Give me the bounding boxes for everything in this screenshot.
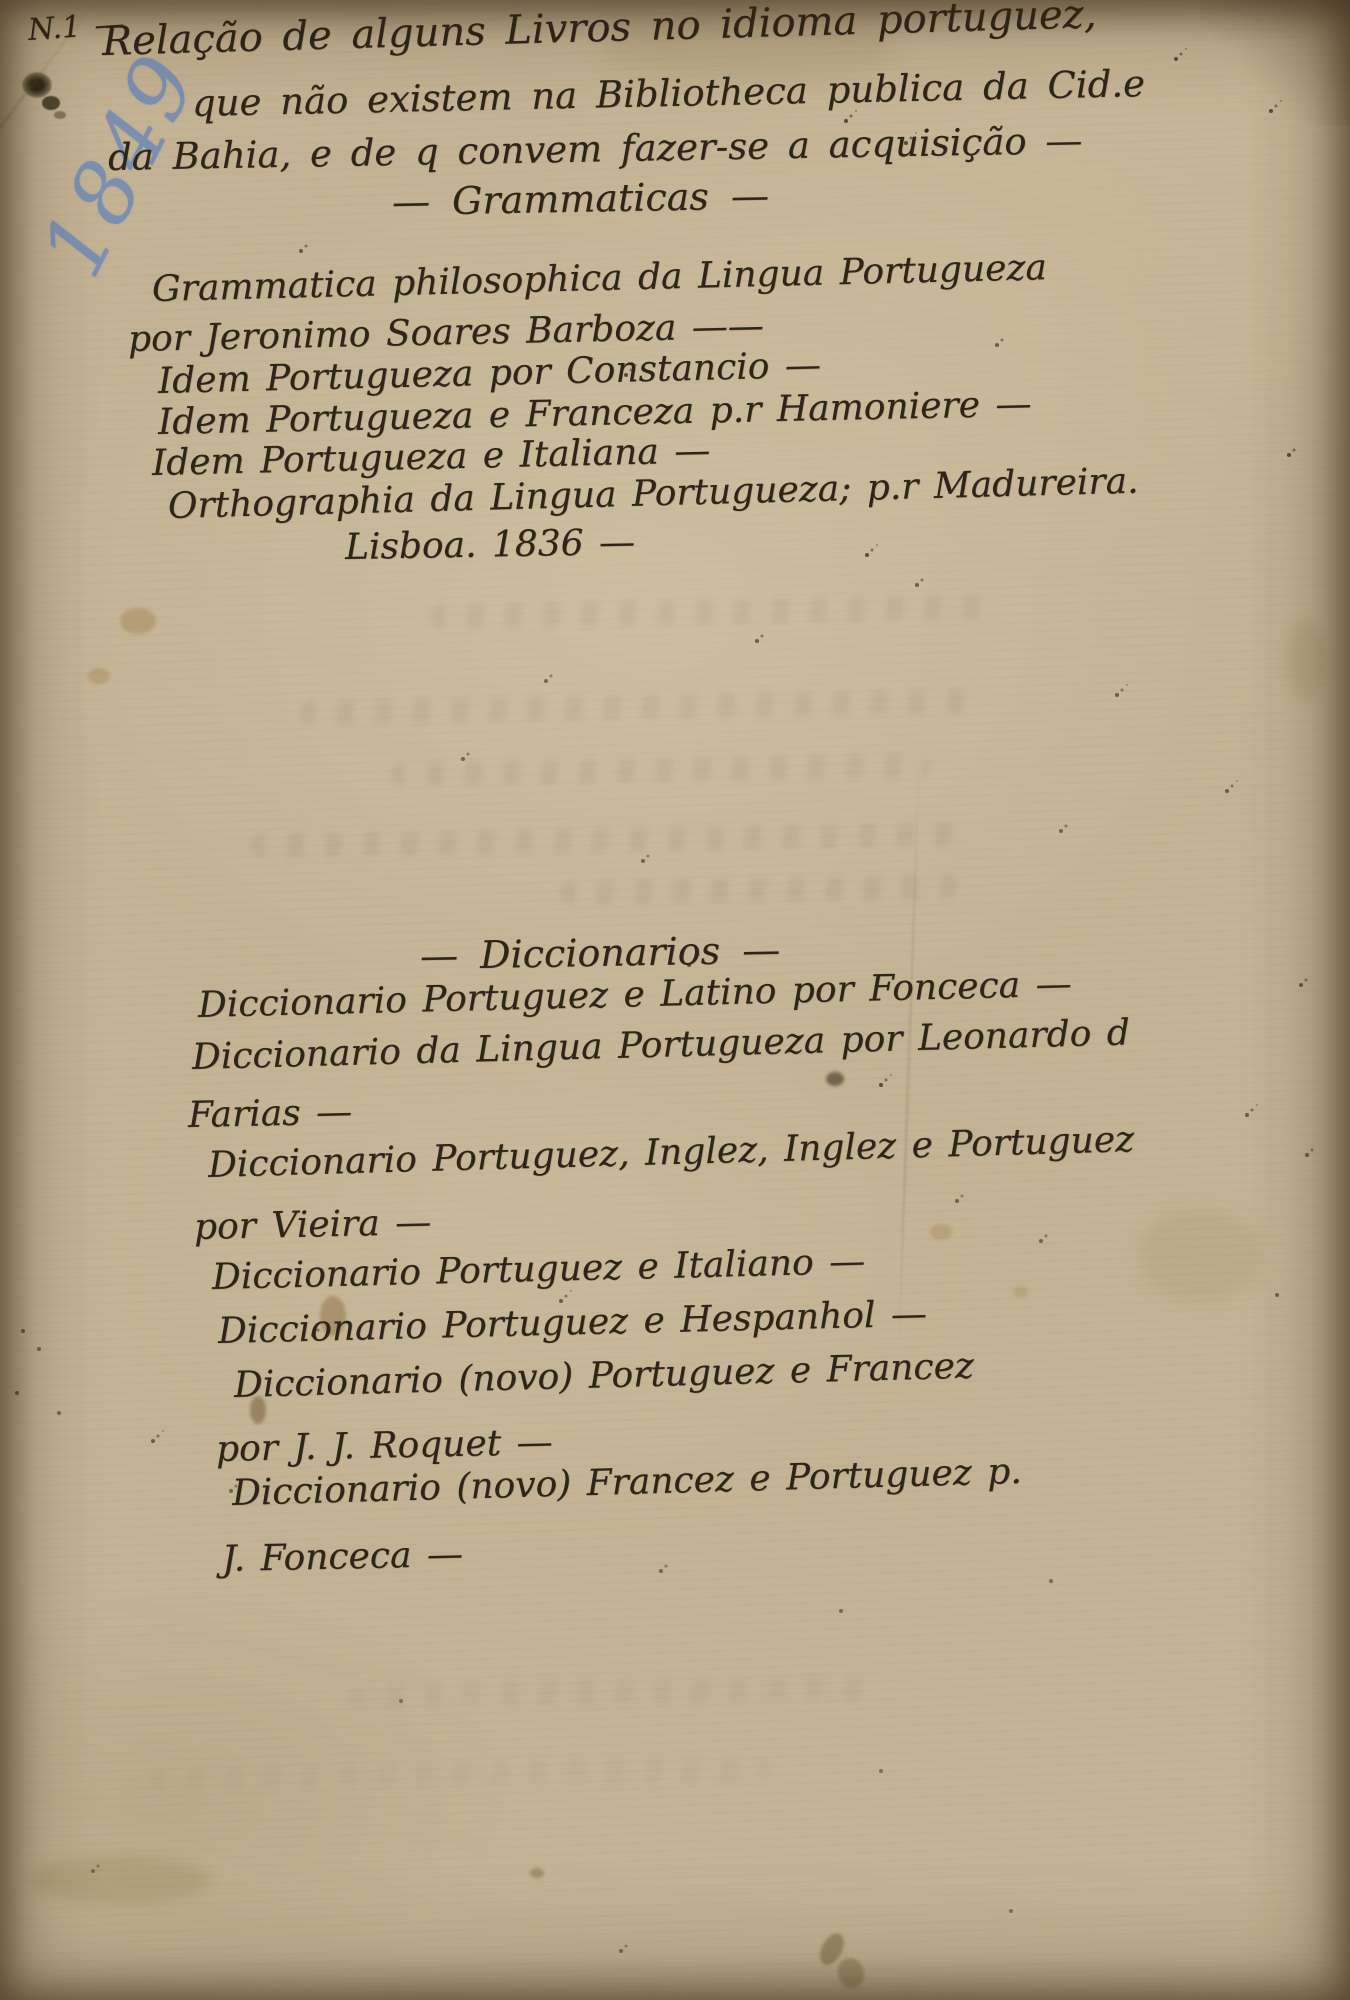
grammaticas-entry-7: Lisboa. 1836 — xyxy=(345,523,636,568)
ghost-bleedthrough xyxy=(150,1757,770,1792)
paper-stain xyxy=(1014,1286,1028,1298)
corner-scribble-stain xyxy=(834,1955,868,1992)
ghost-bleedthrough xyxy=(300,689,980,725)
diccionarios-entry-9: por J. J. Roquet — xyxy=(216,1423,553,1470)
manuscript-page: 1849 N.1 — Relação de alguns Livros no i… xyxy=(0,0,1350,2000)
paper-stain xyxy=(930,1224,952,1240)
diccionarios-entry-8: Diccionario (novo) Portuguez e Francez xyxy=(233,1347,974,1406)
paper-stain xyxy=(30,1855,210,1905)
ghost-bleedthrough xyxy=(430,595,990,629)
ink-speck-layer xyxy=(0,0,2,2)
diccionarios-entry-5: por Vieira — xyxy=(194,1203,432,1248)
ghost-bleedthrough xyxy=(250,822,970,859)
diccionarios-entry-2: Diccionario da Lingua Portugueza por Leo… xyxy=(191,1013,1130,1077)
paper-stain xyxy=(120,608,156,634)
paper-stain xyxy=(530,1868,544,1878)
section-heading-diccionarios: — Diccionarios — xyxy=(420,930,781,978)
grammaticas-entry-1: Grammatica philosophica da Lingua Portug… xyxy=(152,248,1048,309)
paper-stain xyxy=(1285,620,1325,700)
diccionarios-entry-3: Farias — xyxy=(188,1093,353,1136)
paper-stain xyxy=(88,668,110,684)
title-line-1: Relação de alguns Livros no idioma portu… xyxy=(101,0,1097,64)
ghost-bleedthrough xyxy=(350,1675,870,1708)
ink-blot xyxy=(826,1072,844,1086)
title-line-3: da Bahia, e de q convem fazer-se a acqui… xyxy=(108,121,1083,179)
diccionarios-entry-11: J. Fonceca — xyxy=(222,1535,464,1580)
paper-stain xyxy=(1140,1210,1260,1300)
diccionarios-entry-6: Diccionario Portuguez e Italiano — xyxy=(212,1242,866,1298)
ghost-bleedthrough xyxy=(560,875,960,906)
title-line-2: que não existem na Bibliotheca publica d… xyxy=(192,64,1146,125)
section-heading-grammaticas: — Grammaticas — xyxy=(392,175,770,223)
corner-shade-top-right xyxy=(1200,0,1350,125)
ghost-bleedthrough xyxy=(390,753,930,786)
